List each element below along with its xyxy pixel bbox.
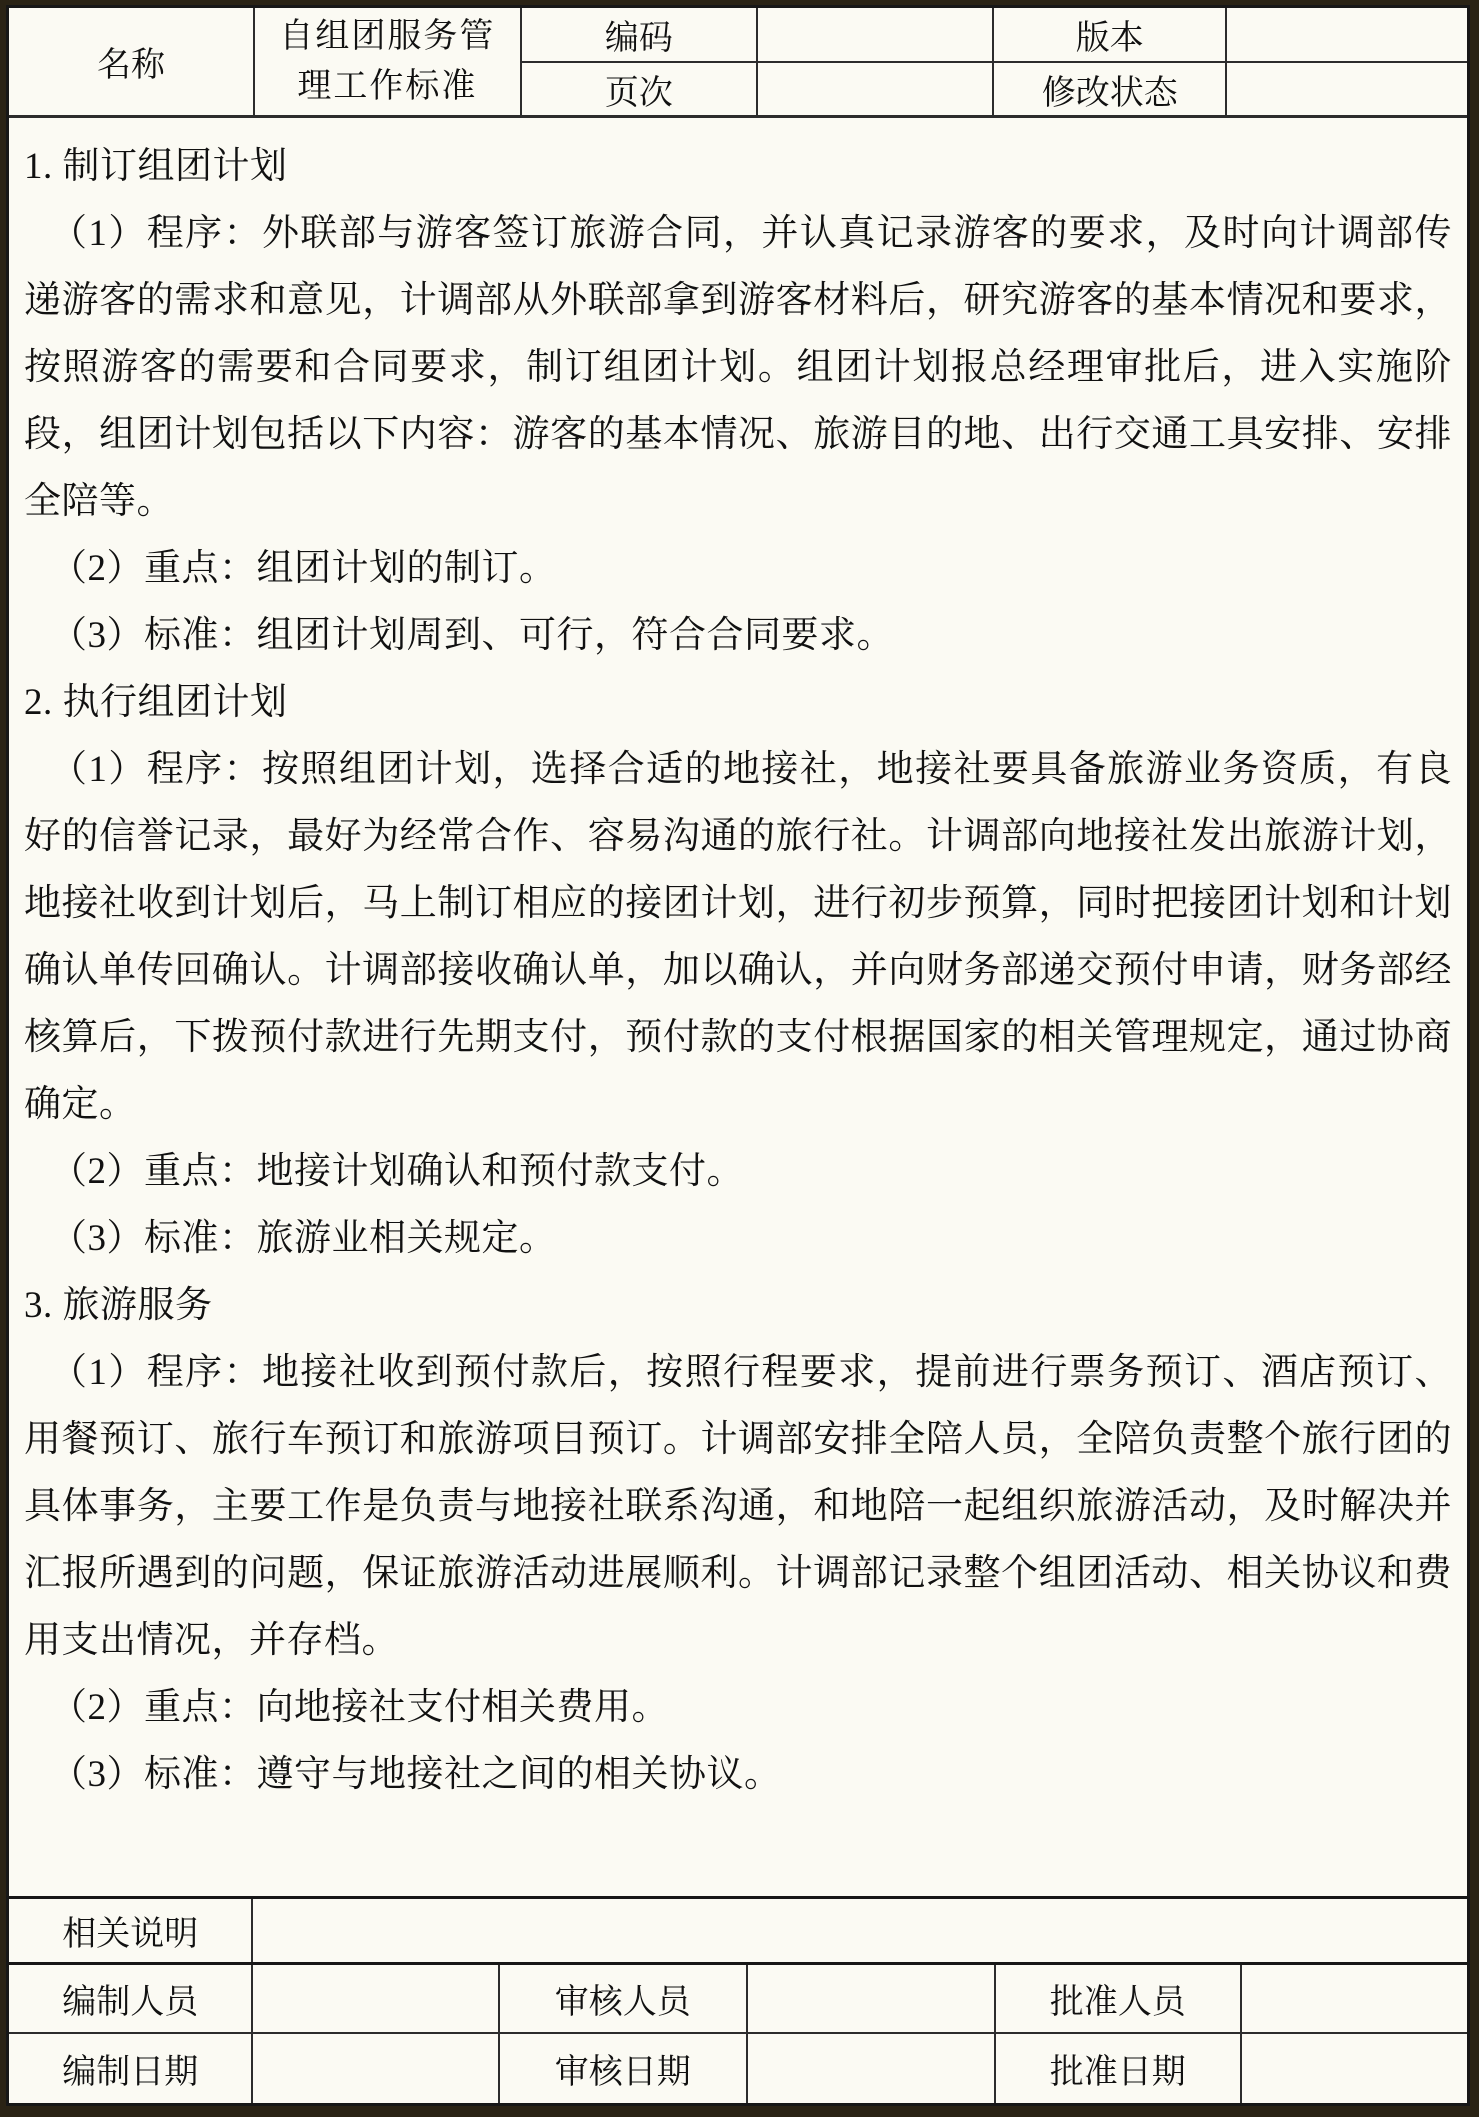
section-3-key-point: （2）重点：向地接社支付相关费用。 [24,1674,1452,1741]
document-body: 1. 制订组团计划 （1）程序：外联部与游客签订旅游合同，并认真记录游客的要求，… [9,117,1467,1896]
section-2-key-point: （2）重点：地接计划确认和预付款支付。 [24,1138,1452,1205]
review-date-value-cell [747,2033,995,2103]
approval-date-value-cell [1241,2033,1467,2103]
code-value-cell [757,8,993,62]
page-value-cell [757,62,993,116]
version-value-cell [1226,8,1467,62]
code-label: 编码 [521,8,757,62]
reviewed-by-label: 审核人员 [499,1963,747,2033]
section-3-procedure: （1）程序：地接社收到预付款后，按照行程要求，提前进行票务预订、酒店预订、用餐预… [24,1339,1452,1674]
section-2-procedure: （1）程序：按照组团计划，选择合适的地接社，地接社要具备旅游业务资质，有良好的信… [24,736,1452,1138]
prepared-by-value-cell [252,1963,498,2033]
section-2-heading: 2. 执行组团计划 [24,669,1452,736]
section-1-key-point: （2）重点：组团计划的制订。 [24,535,1452,602]
section-1-standard: （3）标准：组团计划周到、可行，符合合同要求。 [24,602,1452,669]
approved-by-value-cell [1241,1963,1467,2033]
document-title-line1: 自组团服务管 [255,12,520,62]
version-label: 版本 [993,8,1226,62]
name-label: 名称 [9,8,254,116]
review-date-label: 审核日期 [499,2033,747,2103]
approved-by-label: 批准人员 [995,1963,1241,2033]
prepared-date-label: 编制日期 [9,2033,252,2103]
document-title-line2: 理工作标准 [255,62,520,112]
section-1-procedure: （1）程序：外联部与游客签订旅游合同，并认真记录游客的要求，及时向计调部传递游客… [24,200,1452,535]
prepared-date-value-cell [252,2033,498,2103]
document-title: 自组团服务管 理工作标准 [254,8,521,116]
related-notes-value-cell [252,1897,1467,1963]
related-notes-label: 相关说明 [9,1897,252,1963]
revision-status-label: 修改状态 [993,62,1226,116]
revision-status-value-cell [1226,62,1467,116]
reviewed-by-value-cell [747,1963,995,2033]
document-frame: 名称 自组团服务管 理工作标准 编码 版本 页次 修改状态 1. 制订组团计划 … [6,5,1470,2106]
page-label: 页次 [521,62,757,116]
approval-date-label: 批准日期 [995,2033,1241,2103]
section-1-heading: 1. 制订组团计划 [24,133,1452,200]
header-table: 名称 自组团服务管 理工作标准 编码 版本 页次 修改状态 [9,8,1467,117]
prepared-by-label: 编制人员 [9,1963,252,2033]
scanned-document-page: { "header": { "name_label": "名称", "title… [0,0,1479,2117]
footer-table: 相关说明 编制人员 审核人员 批准人员 编制日期 审核日期 批准日期 [9,1896,1467,2104]
section-3-standard: （3）标准：遵守与地接社之间的相关协议。 [24,1741,1452,1808]
section-3-heading: 3. 旅游服务 [24,1272,1452,1339]
section-2-standard: （3）标准：旅游业相关规定。 [24,1205,1452,1272]
